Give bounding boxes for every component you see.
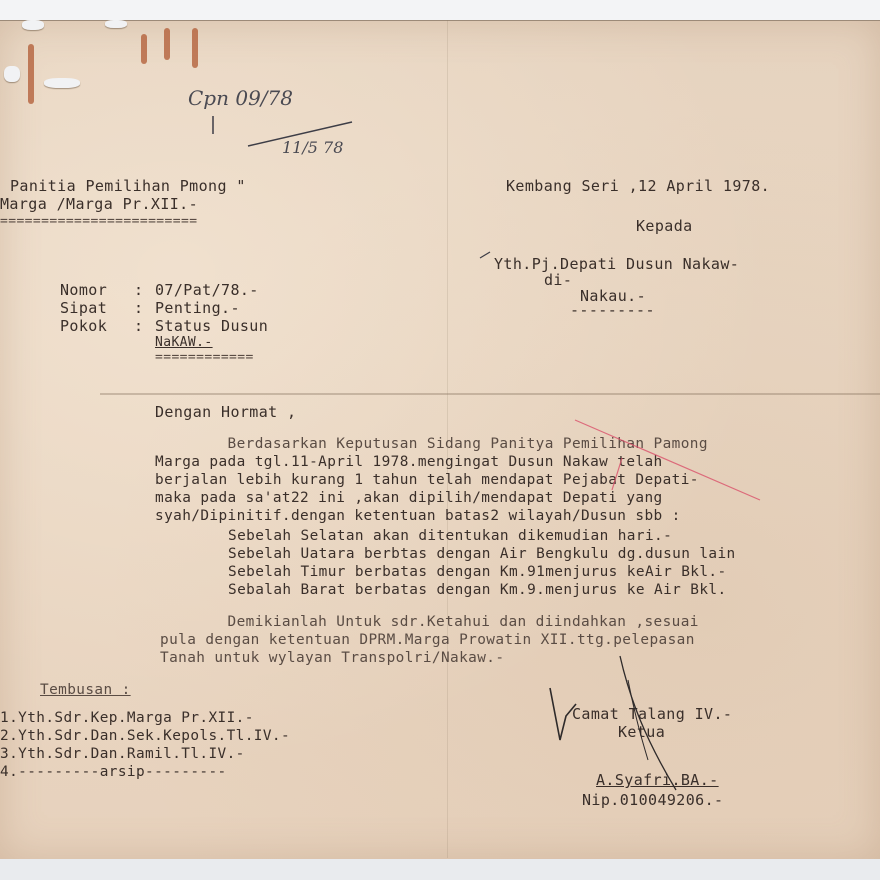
- paragraph-1-line: Marga pada tgl.11-April 1978.mengingat D…: [155, 454, 663, 470]
- paper-tear: [22, 20, 44, 30]
- pokok-rule: ============: [155, 350, 254, 366]
- tembusan-item: 3.Yth.Sdr.Dan.Ramil.Tl.IV.-: [0, 746, 245, 762]
- paragraph-1-line: maka pada sa'at22 ini ,akan dipilih/mend…: [155, 490, 663, 506]
- rust-stain: [164, 28, 170, 60]
- boundary-north: Sebelah Uatara berbtas dengan Air Bengku…: [228, 546, 736, 562]
- signature-name: A.Syafri.BA.-: [596, 772, 719, 788]
- handwritten-note-line1: Cpn 09/78: [188, 86, 293, 110]
- recipient-rule: ---------: [570, 302, 655, 318]
- paper-tear: [105, 20, 127, 28]
- signature-nip: Nip.010049206.-: [582, 792, 723, 808]
- recipient-line1: Yth.Pj.Depati Dusun Nakaw-: [494, 256, 739, 272]
- paragraph-2-line: pula dengan ketentuan DPRM.Marga Prowati…: [160, 632, 695, 648]
- tembusan-title: Tembusan :: [40, 682, 131, 698]
- pokok-value1: Status Dusun: [155, 318, 268, 334]
- tembusan-item: 1.Yth.Sdr.Kep.Marga Pr.XII.-: [0, 710, 254, 726]
- paper-tear: [44, 78, 80, 88]
- rust-stain: [192, 28, 198, 68]
- signature-role: Ketua: [618, 724, 665, 740]
- boundary-west: Sebalah Barat berbatas dengan Km.9.menju…: [228, 582, 727, 598]
- paragraph-2-line: Demikianlah Untuk sdr.Ketahui dan diinda…: [155, 614, 699, 630]
- nomor-label: Nomor: [60, 282, 107, 298]
- pokok-label: Pokok: [60, 318, 107, 334]
- paragraph-2-line: Tanah untuk wylayan Transpolri/Nakaw.-: [160, 650, 504, 666]
- letterhead-line2: Marga /Marga Pr.XII.-: [0, 196, 198, 212]
- signature-title: Camat Talang IV.-: [572, 706, 732, 722]
- scanned-document: Cpn 09/78 11/5 78 Panitia Pemilihan Pmon…: [0, 0, 880, 880]
- nomor-value: 07/Pat/78.-: [155, 282, 259, 298]
- letterhead-rule: ========================: [0, 214, 197, 230]
- place-date: Kembang Seri ,12 April 1978.: [506, 178, 770, 194]
- tembusan-item: 4.---------arsip---------: [0, 764, 227, 780]
- letterhead-line1: Panitia Pemilihan Pmong ": [10, 178, 246, 194]
- rust-stain: [28, 44, 34, 104]
- recipient-line2: di-: [544, 272, 572, 288]
- boundary-east: Sebelah Timur berbatas dengan Km.91menju…: [228, 564, 727, 580]
- paragraph-1-line: berjalan lebih kurang 1 tahun telah mend…: [155, 472, 699, 488]
- recipient-kepada: Kepada: [636, 218, 693, 234]
- paragraph-1-line: Berdasarkan Keputusan Sidang Panitya Pem…: [155, 436, 708, 452]
- pokok-sep: :: [134, 318, 143, 334]
- boundary-south: Sebelah Selatan akan ditentukan dikemudi…: [228, 528, 672, 544]
- nomor-sep: :: [134, 282, 143, 298]
- sipat-sep: :: [134, 300, 143, 316]
- pokok-value2: NaKAW.-: [155, 335, 213, 351]
- fold-crease-horizontal: [100, 393, 880, 395]
- tembusan-item: 2.Yth.Sdr.Dan.Sek.Kepols.Tl.IV.-: [0, 728, 290, 744]
- paragraph-1-line: syah/Dipinitif.dengan ketentuan batas2 w…: [155, 508, 681, 524]
- sipat-label: Sipat: [60, 300, 107, 316]
- sipat-value: Penting.-: [155, 300, 240, 316]
- paper-tear: [4, 66, 20, 82]
- handwritten-note-line2: 11/5 78: [282, 138, 343, 157]
- salutation: Dengan Hormat ,: [155, 404, 296, 420]
- rust-stain: [141, 34, 147, 64]
